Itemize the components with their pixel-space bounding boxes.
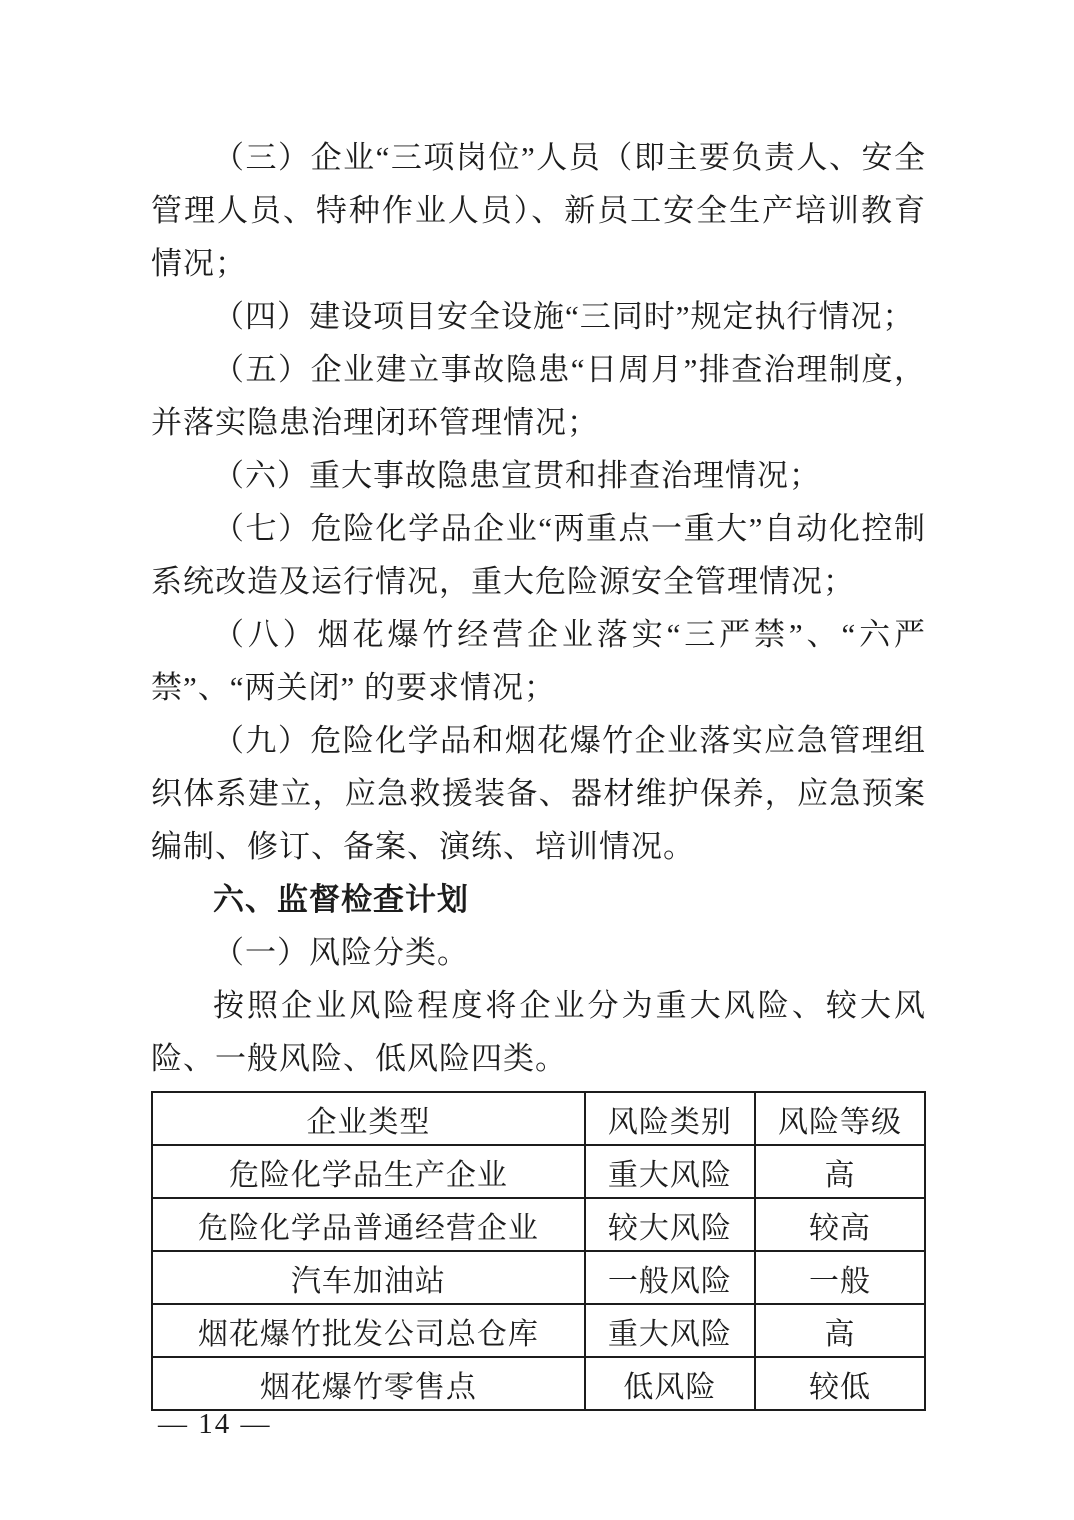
table-row: 汽车加油站 一般风险 一般 — [152, 1251, 925, 1304]
clause-6-paragraph: （六）重大事故隐患宣贯和排查治理情况； — [151, 449, 926, 502]
clause-4-paragraph: （四）建设项目安全设施“三同时”规定执行情况； — [151, 290, 926, 343]
header-risk-grade: 风险等级 — [755, 1092, 925, 1145]
cell-risk-category: 重大风险 — [585, 1145, 755, 1198]
cell-risk-category: 较大风险 — [585, 1198, 755, 1251]
document-content: （三）企业“三项岗位”人员（即主要负责人、安全管理人员、特种作业人员）、新员工安… — [151, 131, 926, 1411]
cell-enterprise-type: 危险化学品普通经营企业 — [152, 1198, 585, 1251]
table-row: 危险化学品普通经营企业 较大风险 较高 — [152, 1198, 925, 1251]
table-row: 危险化学品生产企业 重大风险 高 — [152, 1145, 925, 1198]
cell-risk-grade: 较低 — [755, 1357, 925, 1410]
cell-risk-grade: 较高 — [755, 1198, 925, 1251]
clause-7-paragraph: （七）危险化学品企业“两重点一重大”自动化控制系统改造及运行情况，重大危险源安全… — [151, 502, 926, 608]
table-row: 烟花爆竹零售点 低风险 较低 — [152, 1357, 925, 1410]
cell-enterprise-type: 烟花爆竹零售点 — [152, 1357, 585, 1410]
section-heading: 六、监督检查计划 — [151, 873, 926, 926]
header-enterprise-type: 企业类型 — [152, 1092, 585, 1145]
clause-9-paragraph: （九）危险化学品和烟花爆竹企业落实应急管理组织体系建立，应急救援装备、器材维护保… — [151, 714, 926, 873]
cell-risk-category: 低风险 — [585, 1357, 755, 1410]
subsection-title: （一）风险分类。 — [151, 926, 926, 979]
page-number: — 14 — — [158, 1404, 272, 1444]
cell-enterprise-type: 危险化学品生产企业 — [152, 1145, 585, 1198]
cell-risk-category: 重大风险 — [585, 1304, 755, 1357]
table-row: 烟花爆竹批发公司总仓库 重大风险 高 — [152, 1304, 925, 1357]
cell-risk-grade: 高 — [755, 1304, 925, 1357]
intro-sentence: 按照企业风险程度将企业分为重大风险、较大风险、一般风险、低风险四类。 — [151, 979, 926, 1085]
cell-enterprise-type: 烟花爆竹批发公司总仓库 — [152, 1304, 585, 1357]
table-header-row: 企业类型 风险类别 风险等级 — [152, 1092, 925, 1145]
clause-3-paragraph: （三）企业“三项岗位”人员（即主要负责人、安全管理人员、特种作业人员）、新员工安… — [151, 131, 926, 290]
cell-risk-grade: 高 — [755, 1145, 925, 1198]
cell-risk-grade: 一般 — [755, 1251, 925, 1304]
document-page: （三）企业“三项岗位”人员（即主要负责人、安全管理人员、特种作业人员）、新员工安… — [0, 0, 1074, 1520]
cell-enterprise-type: 汽车加油站 — [152, 1251, 585, 1304]
cell-risk-category: 一般风险 — [585, 1251, 755, 1304]
header-risk-category: 风险类别 — [585, 1092, 755, 1145]
clause-8-paragraph: （八）烟花爆竹经营企业落实“三严禁”、“六严禁”、“两关闭” 的要求情况； — [151, 608, 926, 714]
clause-5-paragraph: （五）企业建立事故隐患“日周月”排查治理制度，并落实隐患治理闭环管理情况； — [151, 343, 926, 449]
risk-classification-table: 企业类型 风险类别 风险等级 危险化学品生产企业 重大风险 高 危险化学品普通经… — [151, 1091, 926, 1411]
